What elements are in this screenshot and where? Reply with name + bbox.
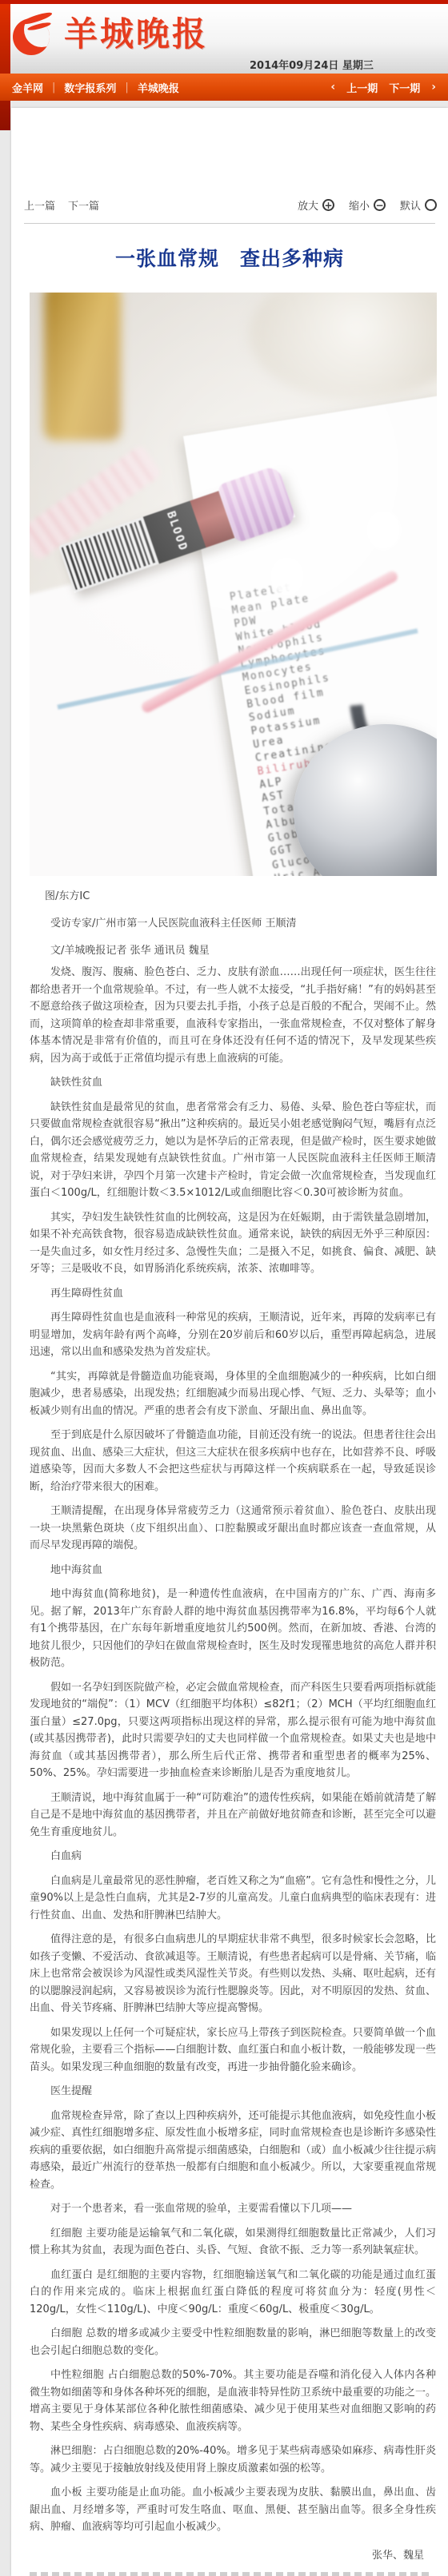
next-article-button[interactable]: 下一篇 [68, 197, 99, 213]
article-toolbar: 上一篇 下一篇 放大 + 缩小 − 默认 [24, 197, 437, 213]
byline-author: 文/羊城晚报记者 张华 通讯员 魏星 [30, 942, 436, 957]
toolbar-divider [24, 223, 435, 224]
article-paragraph: 红细胞 主要功能是运输氧气和二氧化碳，如果测得红细胞数量比正常减少，人们习惯上称… [30, 2225, 436, 2259]
article-body: 发烧、腹泻、腹痛、脸色苍白、乏力、皮肤有淤血……出现任何一项症状，医生往往都给患… [11, 964, 448, 2536]
zoom-default-button[interactable]: 默认 [400, 197, 437, 213]
zoom-in-button[interactable]: 放大 + [298, 197, 334, 213]
article-paragraph: “其实，再障就是骨髓造血功能衰竭，身体里的全血细胞减少的一种疾病，比如白细胞减少… [30, 1368, 436, 1420]
photo-light-overlay [30, 293, 437, 876]
article-paragraph: 再生障碍性贫血也是血液科一种常见的疾病，王顺清说，近年来，再障的发病率已有明显增… [30, 1309, 436, 1361]
article-paragraph: 至于到底是什么原因破坏了骨髓造血功能，目前还没有统一的说法。但患者往往会出现贫血… [30, 1427, 436, 1495]
article-paragraph: 王顺清说，地中海贫血属于一种“可防难治”的遗传性疾病，如果能在婚前就清楚了解自己… [30, 1790, 436, 1841]
article-photo: PlateletMean platePDWWhite bloodNeutroph… [30, 293, 437, 876]
zoom-default-icon [425, 199, 437, 211]
clipped-text-sliver [30, 2572, 430, 2576]
article-paragraph: 血常规检查异常，除了查以上四种疾病外，还可能提示其他血液病，如免疫性血小板减少症… [30, 2108, 436, 2194]
article-paragraph: 对于一个患者来，看一张血常规的验单，主要需看懂以下几项—— [30, 2200, 436, 2218]
left-ribbon [0, 4, 10, 130]
article-paragraph: 地中海贫血(简称地贫)，是一种遗传性血液病，在中国南方的广东、广西、海南多见。据… [30, 1586, 436, 1672]
photo-credit: 图/东方IC [45, 887, 448, 902]
section-subhead: 再生障碍性贫血 [30, 1285, 436, 1303]
article-paragraph: 白血病是儿童最常见的恶性肿瘤，老百姓又称之为“血癌”。它有急性和慢性之分，儿童9… [30, 1873, 436, 1925]
section-subhead: 白血病 [30, 1848, 436, 1865]
zoom-out-icon: − [374, 199, 386, 211]
nav-separator: | [52, 82, 55, 94]
article-paragraph: 王顺清提醒，在出现身体异常疲劳乏力（这通常预示着贫血）、脸色苍白、皮肤出现一块一… [30, 1503, 436, 1555]
masthead: 羊城晚报 2014年09月24日 星期三 [0, 4, 448, 74]
brand-name: 羊城晚报 [64, 12, 208, 57]
section-subhead: 医生提醒 [30, 2083, 436, 2100]
article-paragraph: 发烧、腹泻、腹痛、脸色苍白、乏力、皮肤有淤血……出现任何一项症状，医生往往都给患… [30, 964, 436, 1067]
navbar: 金羊网 | 数字报系列 | 羊城晚报 ‹ 上一期 下一期 › [0, 74, 448, 101]
next-issue-link[interactable]: 下一期 [389, 80, 420, 95]
article-paragraph: 血小板 主要功能是止血功能。血小板减少主要表现为皮肤、黏膜出血，鼻出血、齿龈出血… [30, 2484, 436, 2536]
prev-issue-link[interactable]: 上一期 [346, 80, 378, 95]
zoom-out-label: 缩小 [349, 197, 370, 213]
nav-link-goldensheep[interactable]: 金羊网 [12, 80, 43, 95]
article-paragraph: 假如一名孕妇到医院做产检，必定会做血常规检查，而产科医生只要看两项指标就能发现地… [30, 1679, 436, 1782]
article-paragraph: 其实，孕妇发生缺铁性贫血的比例较高，这是因为在妊娠期，由于需铁量急剧增加，如果不… [30, 1209, 436, 1278]
issue-date: 2014年09月24日 星期三 [250, 57, 374, 72]
article-title: 一张血常规 查出多种病 [19, 243, 440, 272]
prev-article-button[interactable]: 上一篇 [24, 197, 55, 213]
article-card: 上一篇 下一篇 放大 + 缩小 − 默认 一张血常规 查出多种病 [11, 108, 448, 2576]
brand-logo-icon [13, 12, 58, 57]
article-paragraph: 淋巴细胞：占白细胞总数的20%-40%。增多见于某些病毒感染如麻疹、病毒性肝炎等… [30, 2443, 436, 2477]
article-paragraph: 白细胞 总数的增多或减少主要受中性粒细胞数量的影响，淋巴细胞等数量上的改变也会引… [30, 2325, 436, 2359]
article-paragraph: 如果发现以上任何一个可疑症状，家长应马上带孩子到医院检查。只要简单做一个血常规化… [30, 2025, 436, 2076]
article-paragraph: 值得注意的是，有很多白血病患儿的早期症状非常不典型，很多时候家长会忽略，比如孩子… [30, 1931, 436, 2017]
prev-issue-arrow-icon: ‹ [330, 81, 335, 94]
section-subhead: 缺铁性贫血 [30, 1074, 436, 1092]
next-issue-arrow-icon: › [431, 81, 436, 94]
zoom-in-label: 放大 [298, 197, 318, 213]
byline-expert: 受访专家/广州市第一人民医院血液科主任医师 王顺清 [30, 914, 436, 930]
page: 羊城晚报 2014年09月24日 星期三 金羊网 | 数字报系列 | 羊城晚报 … [0, 0, 448, 2576]
zoom-default-label: 默认 [400, 197, 421, 213]
nav-link-ycwb[interactable]: 羊城晚报 [138, 80, 179, 95]
section-subhead: 地中海贫血 [30, 1562, 436, 1579]
article-paragraph: 血红蛋白 是红细胞的主要内容物，红细胞输送氧气和二氧化碳的功能是通过血红蛋白的作… [30, 2267, 436, 2319]
nav-link-digital-papers[interactable]: 数字报系列 [64, 80, 116, 95]
nav-separator: | [125, 82, 128, 94]
zoom-in-icon: + [322, 199, 334, 211]
brand-logo[interactable]: 羊城晚报 [13, 12, 208, 57]
article-paragraph: 缺铁性贫血是最常见的贫血，患者常常会有乏力、易倦、头晕、脸色苍白等症状，而只要做… [30, 1099, 436, 1202]
zoom-out-button[interactable]: 缩小 − [349, 197, 386, 213]
article-signature: 张华、魏星 [11, 2546, 424, 2562]
article-paragraph: 中性粒细胞 占白细胞总数的50%-70%。其主要功能是吞噬和消化侵入人体内各种微… [30, 2367, 436, 2435]
